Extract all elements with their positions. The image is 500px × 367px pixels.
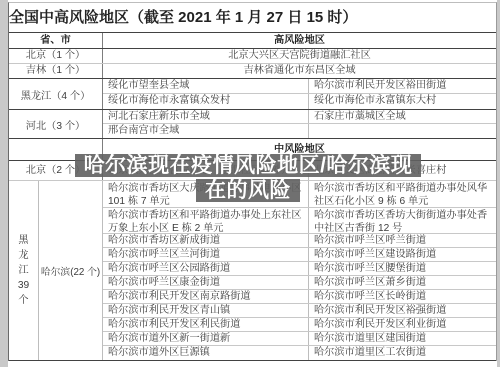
table-row: 哈尔滨市呼兰区兰河街道 哈尔滨市呼兰区建设路街道	[103, 248, 496, 262]
table-row: 哈尔滨市利民开发区利民街道 哈尔滨市利民开发区利业街道	[103, 318, 496, 332]
area-cell: 哈尔滨市呼兰区长岭街道	[309, 290, 496, 303]
province-label: 北京（1 个）	[9, 49, 103, 63]
area-cell: 哈尔滨市呼兰区腰堡街道	[309, 262, 496, 275]
table-row-beijing-mid: 北京（2 个） 北京大兴区天宫院街道（融汇社区除外） 北京顺义区高丽营镇张喜庄村	[9, 161, 496, 181]
table-row: 哈尔滨市呼兰区公园路街道 哈尔滨市呼兰区腰堡街道	[103, 262, 496, 276]
empty-cell	[9, 139, 103, 160]
table-row: 哈尔滨市呼兰区康金街道 哈尔滨市呼兰区萧乡街道	[103, 276, 496, 290]
area-cell: 河北石家庄新乐市全域	[103, 110, 309, 123]
area-cell: 哈尔滨市香坊区和平路街道办事处风华社区石化小区 9 栋 6 单元	[309, 181, 496, 207]
hebei-high-risk-group: 河北（3 个） 河北石家庄新乐市全域 石家庄市藁城区全域 邢台南宫市全域	[9, 110, 496, 139]
province-label: 吉林（1 个）	[9, 64, 103, 78]
table-row: 绥化市海伦市永富镇众发村 绥化市海伦市永富镇东大村	[103, 94, 496, 109]
area-cell: 哈尔滨市呼兰区萧乡街道	[309, 276, 496, 289]
area-cell: 哈尔滨市利民开发区裕强街道	[309, 304, 496, 317]
table-row: 哈尔滨市利民开发区青山镇 哈尔滨市利民开发区裕强街道	[103, 304, 496, 318]
mid-risk-column-header: 中风险地区	[103, 139, 496, 160]
area-cell: 哈尔滨市道外区新一街道新	[103, 332, 309, 345]
area-cell: 北京大兴区天宫院街道（融汇社区除外）	[103, 161, 309, 180]
table-row-jilin-high: 吉林（1 个） 吉林省通化市东昌区全域	[9, 64, 496, 79]
province-label: 北京（2 个）	[9, 161, 103, 180]
area-cell: 哈尔滨市利民开发区南京路街道	[103, 290, 309, 303]
area-cell: 北京大兴区天宫院街道融汇社区	[103, 49, 496, 63]
area-cell: 绥化市海伦市永富镇东大村	[309, 94, 496, 109]
area-cell: 哈尔滨市香坊区新成街道	[103, 234, 309, 247]
table-row: 哈尔滨市利民开发区南京路街道 哈尔滨市呼兰区长岭街道	[103, 290, 496, 304]
area-cell: 哈尔滨市道里区工农街道	[309, 346, 496, 360]
mid-risk-header-row: 中风险地区	[9, 139, 496, 161]
area-cell: 哈尔滨市利民开发区青山镇	[103, 304, 309, 317]
table-row-beijing-high: 北京（1 个） 北京大兴区天宫院街道融汇社区	[9, 49, 496, 64]
area-cell: 北京顺义区高丽营镇张喜庄村	[309, 161, 496, 180]
risk-area-table: 全国中高风险地区（截至 2021 年 1 月 27 日 15 时） 省、市 高风…	[8, 2, 497, 361]
table-row: 哈尔滨市道外区新一街道新 哈尔滨市道里区建国街道	[103, 332, 496, 346]
area-cell: 哈尔滨市呼兰区建设路街道	[309, 248, 496, 261]
harbin-22-label: 哈尔滨(22 个)	[39, 181, 103, 360]
risk-area-document: 全国中高风险地区（截至 2021 年 1 月 27 日 15 时） 省、市 高风…	[8, 0, 497, 367]
area-cell: 哈尔滨市香坊区香坊大街街道办事处香中社区古香街 12 号	[309, 208, 496, 233]
area-cell	[309, 124, 496, 138]
area-cell: 哈尔滨市香坊区大庆路街道办事处电塔小区 101 栋 7 单元	[103, 181, 309, 207]
high-risk-header-row: 省、市 高风险地区	[9, 33, 496, 49]
area-cell: 绥化市海伦市永富镇众发村	[103, 94, 309, 109]
table-row: 邢台南宫市全域	[103, 124, 496, 138]
table-row: 绥化市望奎县全域 哈尔滨市利民开发区裕田街道	[103, 79, 496, 94]
area-cell: 哈尔滨市利民开发区利业街道	[309, 318, 496, 331]
area-cell: 哈尔滨市道里区建国街道	[309, 332, 496, 345]
heilongjiang-high-risk-group: 黑龙江（4 个） 绥化市望奎县全域 哈尔滨市利民开发区裕田街道 绥化市海伦市永富…	[9, 79, 496, 110]
area-cell: 哈尔滨市呼兰区呼兰街道	[309, 234, 496, 247]
area-cell: 哈尔滨市利民开发区利民街道	[103, 318, 309, 331]
area-cell: 哈尔滨市呼兰区兰河街道	[103, 248, 309, 261]
area-cell: 哈尔滨市香坊区和平路街道办事处上东社区万象上东小区 E 栋 2 单元	[103, 208, 309, 233]
province-column-header: 省、市	[9, 33, 103, 48]
area-cell: 哈尔滨市道外区巨源镇	[103, 346, 309, 360]
area-cell: 绥化市望奎县全域	[103, 79, 309, 93]
province-label: 黑龙江（4 个）	[9, 79, 103, 109]
area-cell: 哈尔滨市呼兰区康金街道	[103, 276, 309, 289]
area-cell: 邢台南宫市全域	[103, 124, 309, 138]
table-row: 河北石家庄新乐市全域 石家庄市藁城区全域	[103, 110, 496, 124]
harbin-mid-risk-group: 黑龙江 39 个 哈尔滨(22 个) 哈尔滨市香坊区大庆路街道办事处电塔小区 1…	[9, 181, 496, 361]
table-title: 全国中高风险地区（截至 2021 年 1 月 27 日 15 时）	[9, 3, 496, 33]
area-cell: 吉林省通化市东昌区全域	[103, 64, 496, 78]
area-cell: 哈尔滨市利民开发区裕田街道	[309, 79, 496, 93]
area-cell: 石家庄市藁城区全域	[309, 110, 496, 123]
table-row: 哈尔滨市道外区巨源镇 哈尔滨市道里区工农街道	[103, 346, 496, 360]
table-row: 哈尔滨市香坊区新成街道 哈尔滨市呼兰区呼兰街道	[103, 234, 496, 248]
heilongjiang-39-label: 黑龙江 39 个	[9, 181, 39, 360]
table-row: 哈尔滨市香坊区和平路街道办事处上东社区万象上东小区 E 栋 2 单元 哈尔滨市香…	[103, 208, 496, 234]
area-cell: 哈尔滨市呼兰区公园路街道	[103, 262, 309, 275]
high-risk-column-header: 高风险地区	[103, 33, 496, 48]
province-label: 河北（3 个）	[9, 110, 103, 138]
table-row: 哈尔滨市香坊区大庆路街道办事处电塔小区 101 栋 7 单元 哈尔滨市香坊区和平…	[103, 181, 496, 208]
